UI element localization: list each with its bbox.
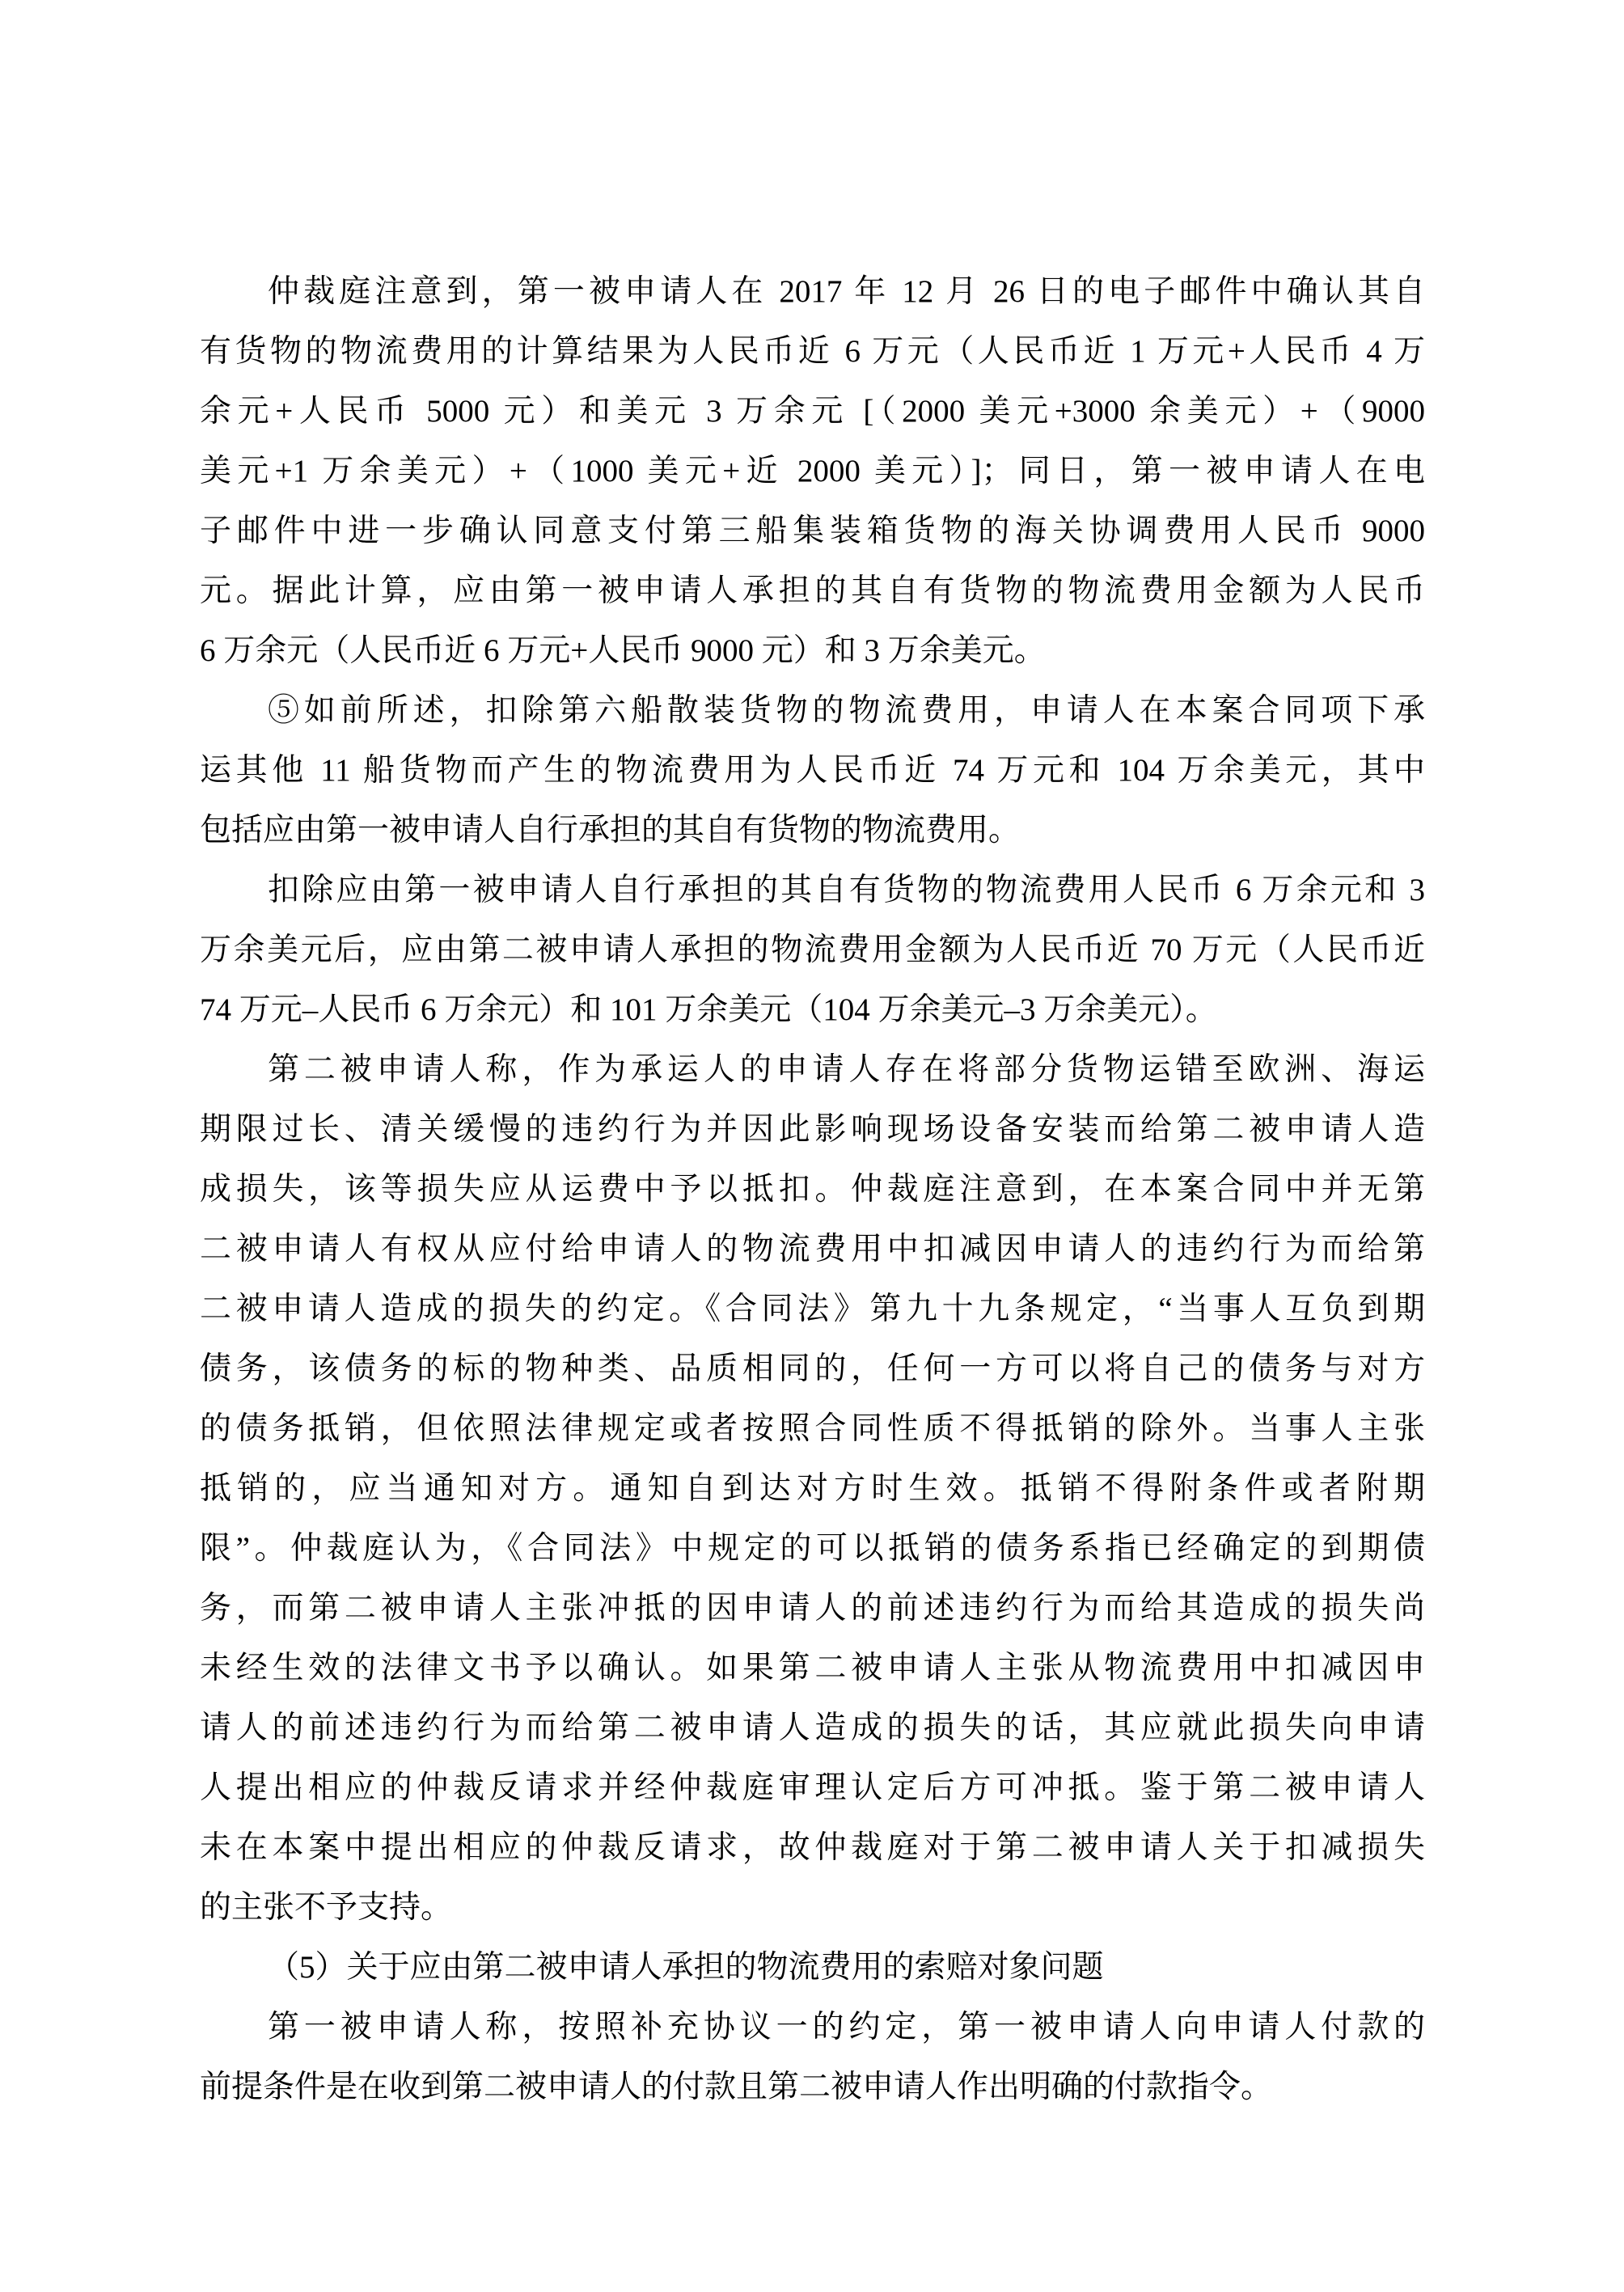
document-body: 仲裁庭注意到，第一被申请人在 2017 年 12 月 26 日的电子邮件中确认其… xyxy=(200,262,1425,2117)
text-line: 第二被申请人称，作为承运人的申请人存在将部分货物运错至欧洲、海运 xyxy=(200,1040,1425,1100)
text-line: 的债务抵销，但依照法律规定或者按照合同性质不得抵销的除外。当事人主张 xyxy=(200,1399,1425,1459)
text-line: 子邮件中进一步确认同意支付第三船集装箱货物的海关协调费用人民币 9000 xyxy=(200,501,1425,561)
text-line: 美元+1 万余美元）+（1000 美元+近 2000 美元）]；同日，第一被申请… xyxy=(200,442,1425,501)
text-line: 成损失，该等损失应从运费中予以抵扣。仲裁庭注意到，在本案合同中并无第 xyxy=(200,1160,1425,1220)
paragraph: （5）关于应由第二被申请人承担的物流费用的索赔对象问题 xyxy=(200,1938,1425,1998)
paragraph: ⑤如前所述，扣除第六船散装货物的物流费用，申请人在本案合同项下承运其他 11 船… xyxy=(200,681,1425,861)
text-line: 期限过长、清关缓慢的违约行为并因此影响现场设备安装而给第二被申请人造 xyxy=(200,1100,1425,1160)
text-line: 74 万元–人民币 6 万余元）和 101 万余美元（104 万余美元–3 万余… xyxy=(200,980,1425,1040)
text-line: （5）关于应由第二被申请人承担的物流费用的索赔对象问题 xyxy=(200,1938,1425,1998)
text-line: 前提条件是在收到第二被申请人的付款且第二被申请人作出明确的付款指令。 xyxy=(200,2057,1425,2117)
text-line: 抵销的，应当通知对方。通知自到达对方时生效。抵销不得附条件或者附期 xyxy=(200,1459,1425,1519)
text-line: 二被申请人造成的损失的约定。《合同法》第九十九条规定，“当事人互负到期 xyxy=(200,1279,1425,1339)
text-line: 元。据此计算，应由第一被申请人承担的其自有货物的物流费用金额为人民币 xyxy=(200,561,1425,621)
text-line: 限”。仲裁庭认为，《合同法》中规定的可以抵销的债务系指已经确定的到期债 xyxy=(200,1519,1425,1579)
text-line: 的主张不予支持。 xyxy=(200,1878,1425,1938)
text-line: 第一被申请人称，按照补充协议一的约定，第一被申请人向申请人付款的 xyxy=(200,1998,1425,2057)
text-line: 包括应由第一被申请人自行承担的其自有货物的物流费用。 xyxy=(200,801,1425,861)
text-line: 万余美元后，应由第二被申请人承担的物流费用金额为人民币近 70 万元（人民币近 xyxy=(200,920,1425,980)
text-line: 仲裁庭注意到，第一被申请人在 2017 年 12 月 26 日的电子邮件中确认其… xyxy=(200,262,1425,322)
paragraph: 扣除应由第一被申请人自行承担的其自有货物的物流费用人民币 6 万余元和 3万余美… xyxy=(200,861,1425,1040)
text-line: 请人的前述违约行为而给第二被申请人造成的损失的话，其应就此损失向申请 xyxy=(200,1698,1425,1758)
paragraph: 第一被申请人称，按照补充协议一的约定，第一被申请人向申请人付款的前提条件是在收到… xyxy=(200,1998,1425,2117)
text-line: 6 万余元（人民币近 6 万元+人民币 9000 元）和 3 万余美元。 xyxy=(200,621,1425,681)
text-line: 有货物的物流费用的计算结果为人民币近 6 万元（人民币近 1 万元+人民币 4 … xyxy=(200,322,1425,382)
text-line: 扣除应由第一被申请人自行承担的其自有货物的物流费用人民币 6 万余元和 3 xyxy=(200,861,1425,920)
text-line: 二被申请人有权从应付给申请人的物流费用中扣减因申请人的违约行为而给第 xyxy=(200,1220,1425,1279)
text-line: 未在本案中提出相应的仲裁反请求，故仲裁庭对于第二被申请人关于扣减损失 xyxy=(200,1818,1425,1878)
text-line: 未经生效的法律文书予以确认。如果第二被申请人主张从物流费用中扣减因申 xyxy=(200,1639,1425,1698)
text-line: 债务，该债务的标的物种类、品质相同的，任何一方可以将自己的债务与对方 xyxy=(200,1339,1425,1399)
text-line: ⑤如前所述，扣除第六船散装货物的物流费用，申请人在本案合同项下承 xyxy=(200,681,1425,741)
text-line: 人提出相应的仲裁反请求并经仲裁庭审理认定后方可冲抵。鉴于第二被申请人 xyxy=(200,1758,1425,1818)
paragraph: 第二被申请人称，作为承运人的申请人存在将部分货物运错至欧洲、海运期限过长、清关缓… xyxy=(200,1040,1425,1938)
text-line: 运其他 11 船货物而产生的物流费用为人民币近 74 万元和 104 万余美元，… xyxy=(200,741,1425,801)
text-line: 余元+人民币 5000 元）和美元 3 万余元 [（2000 美元+3000 余… xyxy=(200,382,1425,442)
text-line: 务，而第二被申请人主张冲抵的因申请人的前述违约行为而给其造成的损失尚 xyxy=(200,1579,1425,1639)
document-page: 仲裁庭注意到，第一被申请人在 2017 年 12 月 26 日的电子邮件中确认其… xyxy=(0,0,1624,2292)
paragraph: 仲裁庭注意到，第一被申请人在 2017 年 12 月 26 日的电子邮件中确认其… xyxy=(200,262,1425,681)
